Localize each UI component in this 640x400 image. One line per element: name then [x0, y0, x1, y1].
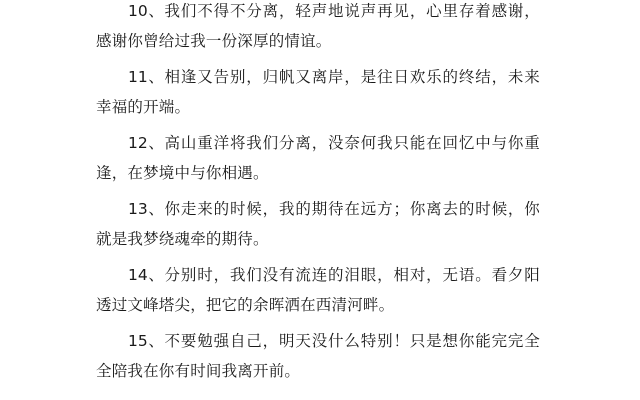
paragraph-13: 13、你走来的时候，我的期待在远方；你离去的时候，你就是我梦绕魂牵的期待。	[96, 195, 540, 254]
document-body: 10、我们不得不分离，轻声地说声再见，心里存着感谢，感谢你曾给过我一份深厚的情谊…	[96, 0, 540, 393]
paragraph-14: 14、分别时，我们没有流连的泪眼，相对，无语。看夕阳透过文峰塔尖，把它的余晖洒在…	[96, 261, 540, 320]
paragraph-number: 15、	[128, 332, 165, 350]
paragraph-10: 10、我们不得不分离，轻声地说声再见，心里存着感谢，感谢你曾给过我一份深厚的情谊…	[96, 0, 540, 56]
paragraph-number: 13、	[128, 200, 165, 218]
paragraph-number: 12、	[128, 134, 165, 152]
paragraph-number: 11、	[128, 68, 165, 86]
paragraph-number: 10、	[128, 2, 165, 20]
paragraph-number: 14、	[128, 266, 165, 284]
paragraph-11: 11、相逢又告别，归帆又离岸，是往日欢乐的终结，未来幸福的开端。	[96, 63, 540, 122]
paragraph-15: 15、不要勉强自己，明天没什么特别！只是想你能完完全全陪我在你有时间我离开前。	[96, 327, 540, 386]
paragraph-12: 12、高山重洋将我们分离，没奈何我只能在回忆中与你重逢，在梦境中与你相遇。	[96, 129, 540, 188]
